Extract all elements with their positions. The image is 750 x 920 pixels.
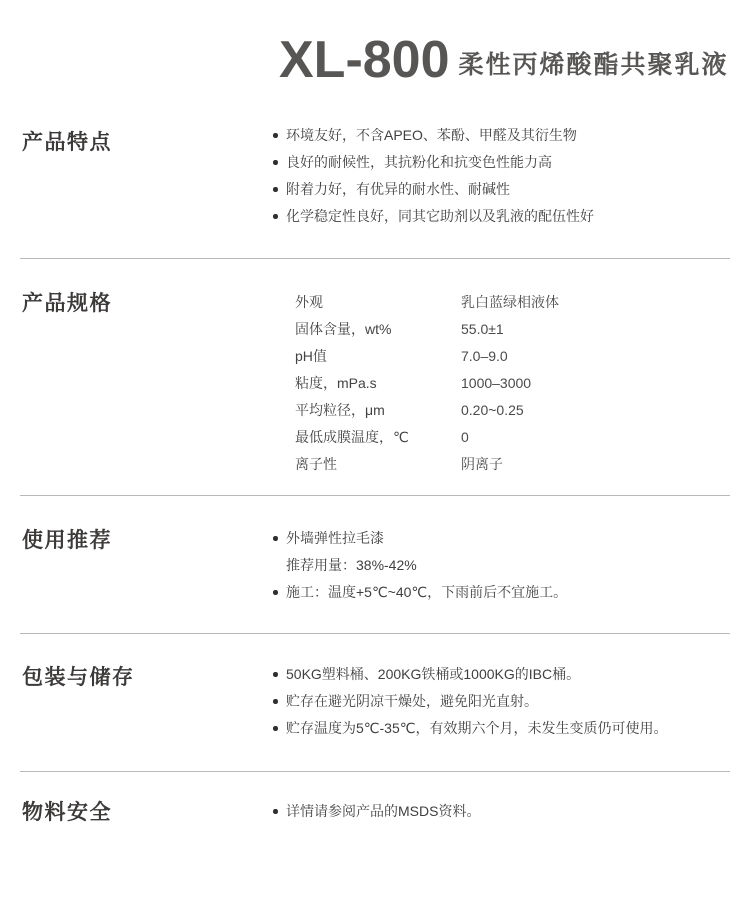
page-title: XL-800 柔性丙烯酸酯共聚乳液 — [279, 34, 729, 86]
packaging-item: 贮存温度为5℃-35℃，有效期六个月，未发生变质仍可使用。 — [272, 715, 667, 742]
spec-value: 0.20~0.25 — [461, 397, 524, 424]
usage-item: 外墙弹性拉毛漆 — [272, 525, 567, 552]
section-heading-safety: 物料安全 — [22, 801, 112, 824]
section-divider — [20, 258, 730, 259]
packaging-item: 贮存在避光阴凉干燥处，避免阳光直射。 — [272, 688, 667, 715]
usage-list: 外墙弹性拉毛漆 推荐用量：38%-42% 施工：温度+5℃~40℃，下雨前后不宜… — [272, 525, 567, 606]
spec-label: 最低成膜温度，℃ — [295, 424, 461, 451]
spec-row: 固体含量，wt% 55.0±1 — [295, 316, 559, 343]
usage-item: 施工：温度+5℃~40℃，下雨前后不宜施工。 — [272, 579, 567, 606]
product-model: XL-800 — [279, 34, 450, 86]
spec-label: 粘度，mPa.s — [295, 370, 461, 397]
usage-item-sub: 推荐用量：38%-42% — [272, 552, 567, 579]
section-divider — [20, 495, 730, 496]
feature-item: 化学稳定性良好，同其它助剂以及乳液的配伍性好 — [272, 203, 594, 230]
spec-label: 平均粒径，μm — [295, 397, 461, 424]
section-heading-features: 产品特点 — [22, 131, 112, 154]
packaging-item: 50KG塑料桶、200KG铁桶或1000KG的IBC桶。 — [272, 661, 667, 688]
spec-row: 平均粒径，μm 0.20~0.25 — [295, 397, 559, 424]
spec-table: 外观 乳白蓝绿相液体 固体含量，wt% 55.0±1 pH值 7.0–9.0 粘… — [295, 289, 559, 478]
features-list: 环境友好，不含APEO、苯酚、甲醛及其衍生物 良好的耐候性，其抗粉化和抗变色性能… — [272, 122, 594, 230]
safety-item: 详情请参阅产品的MSDS资料。 — [272, 798, 480, 825]
spec-value: 阴离子 — [461, 451, 503, 478]
spec-row: 最低成膜温度，℃ 0 — [295, 424, 559, 451]
safety-list: 详情请参阅产品的MSDS资料。 — [272, 798, 480, 825]
spec-value: 乳白蓝绿相液体 — [461, 289, 559, 316]
spec-row: 离子性 阴离子 — [295, 451, 559, 478]
spec-row: 粘度，mPa.s 1000–3000 — [295, 370, 559, 397]
spec-value: 0 — [461, 424, 469, 451]
spec-row: pH值 7.0–9.0 — [295, 343, 559, 370]
feature-item: 附着力好，有优异的耐水性、耐碱性 — [272, 176, 594, 203]
spec-row: 外观 乳白蓝绿相液体 — [295, 289, 559, 316]
feature-item: 环境友好，不含APEO、苯酚、甲醛及其衍生物 — [272, 122, 594, 149]
packaging-list: 50KG塑料桶、200KG铁桶或1000KG的IBC桶。 贮存在避光阴凉干燥处，… — [272, 661, 667, 742]
spec-value: 1000–3000 — [461, 370, 531, 397]
spec-value: 55.0±1 — [461, 316, 504, 343]
section-divider — [20, 633, 730, 634]
section-heading-usage: 使用推荐 — [22, 529, 112, 552]
section-heading-specs: 产品规格 — [22, 292, 112, 315]
feature-item: 良好的耐候性，其抗粉化和抗变色性能力高 — [272, 149, 594, 176]
spec-label: pH值 — [295, 343, 461, 370]
product-name: 柔性丙烯酸酯共聚乳液 — [459, 39, 729, 81]
spec-label: 离子性 — [295, 451, 461, 478]
spec-label: 外观 — [295, 289, 461, 316]
spec-label: 固体含量，wt% — [295, 316, 461, 343]
spec-value: 7.0–9.0 — [461, 343, 508, 370]
product-datasheet-page: XL-800 柔性丙烯酸酯共聚乳液 产品特点 环境友好，不含APEO、苯酚、甲醛… — [0, 0, 750, 920]
section-heading-packaging: 包装与储存 — [22, 666, 135, 689]
section-divider — [20, 771, 730, 772]
